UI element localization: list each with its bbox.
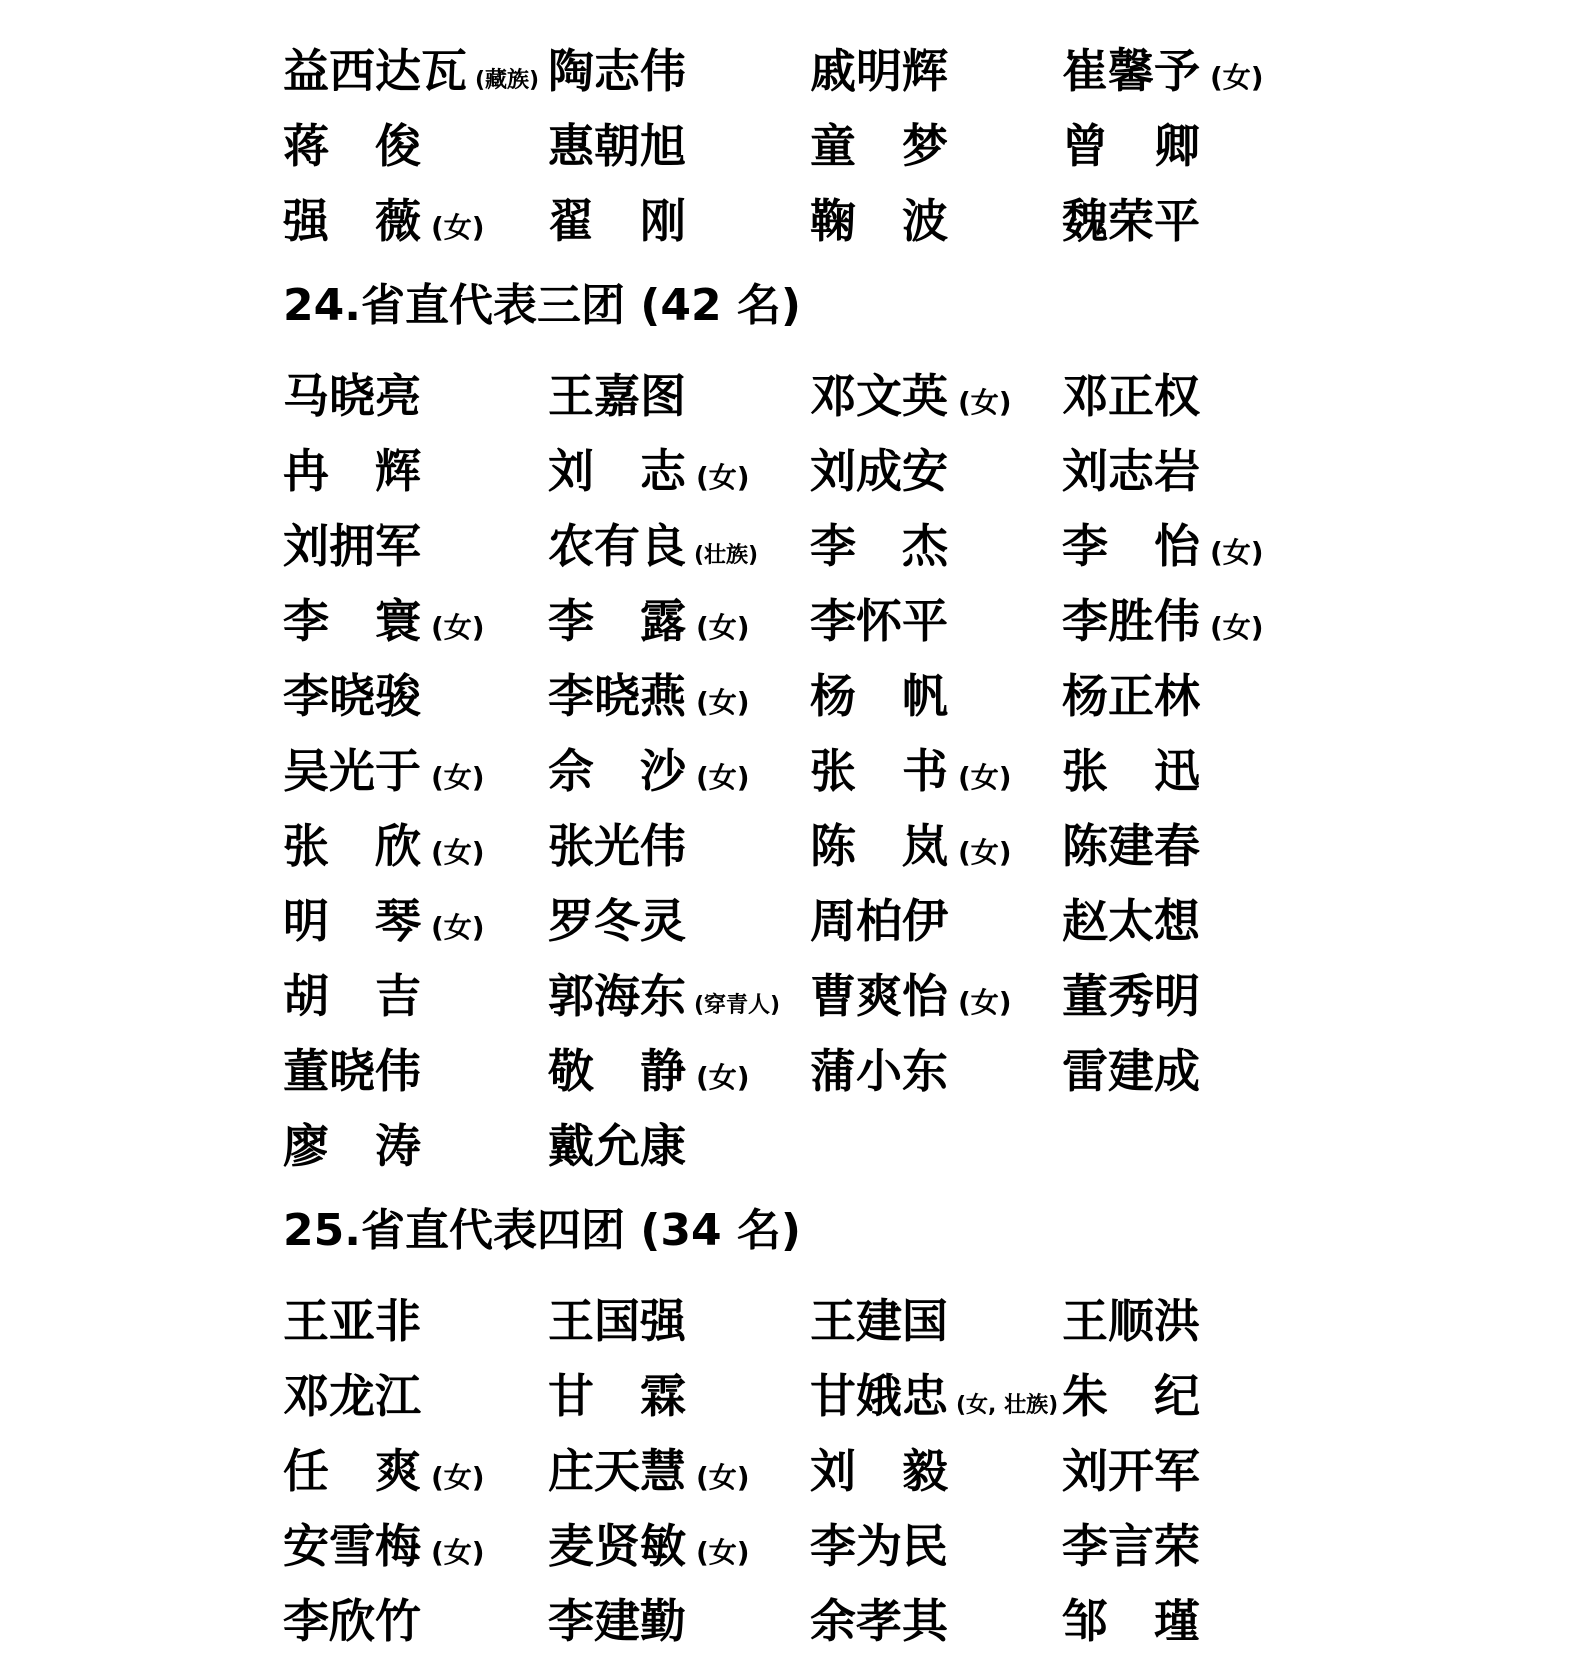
- delegate-entry: 马晓亮: [283, 373, 548, 419]
- table-row: 强 薇(女)翟 刚鞠 波魏荣平: [283, 183, 1583, 258]
- table-row: 李 寰(女)李 露(女)李怀平李胜伟(女): [283, 583, 1583, 658]
- delegate-name: 敬 静: [548, 1044, 686, 1098]
- delegate-entry: 鞠 波: [810, 198, 1062, 244]
- delegate-name: 张 书: [810, 744, 948, 798]
- delegate-entry: 陈 岚(女): [810, 823, 1062, 869]
- delegate-entry: 崔馨予(女): [1062, 48, 1328, 94]
- table-row: 李晓骏李晓燕(女)杨 帆杨正林: [283, 658, 1583, 733]
- delegate-name: 董秀明: [1062, 969, 1200, 1023]
- delegate-annotation: (女): [696, 1461, 750, 1494]
- delegate-name: 农有良: [548, 519, 686, 573]
- delegate-annotation: (女): [431, 1461, 485, 1494]
- delegate-entry: 佘 沙(女): [548, 748, 810, 794]
- delegate-name: 李晓骏: [283, 669, 421, 723]
- table-row: 马晓亮王嘉图邓文英(女)邓正权: [283, 358, 1583, 433]
- delegate-annotation: (藏族): [475, 68, 539, 93]
- table-row: 胡 吉郭海东(穿青人)曹爽怡(女)董秀明: [283, 958, 1583, 1033]
- delegate-entry: 李 怡(女): [1062, 523, 1328, 569]
- table-row: 廖 涛戴允康: [283, 1108, 1583, 1183]
- delegate-name: 甘 霖: [548, 1369, 686, 1423]
- delegate-entry: 董晓伟: [283, 1048, 548, 1094]
- delegate-entry: 张 书(女): [810, 748, 1062, 794]
- delegate-name: 王嘉图: [548, 369, 686, 423]
- delegate-name: 冉 辉: [283, 444, 421, 498]
- delegate-entry: 张 欣(女): [283, 823, 548, 869]
- delegate-entry: 麦贤敏(女): [548, 1523, 810, 1569]
- delegate-name: 李 杰: [810, 519, 948, 573]
- table-row: 任 爽(女)庄天慧(女)刘 毅刘开军: [283, 1433, 1583, 1508]
- delegate-name: 佘 沙: [548, 744, 686, 798]
- delegate-name: 杨正林: [1062, 669, 1200, 723]
- delegate-entry: 廖 涛: [283, 1123, 548, 1169]
- delegate-entry: 郭海东(穿青人): [548, 973, 810, 1019]
- delegate-name: 李晓燕: [548, 669, 686, 723]
- delegate-entry: 戚明辉: [810, 48, 1062, 94]
- delegate-name: 王国强: [548, 1294, 686, 1348]
- delegate-entry: 农有良(壮族): [548, 523, 810, 569]
- delegate-name: 邓文英: [810, 369, 948, 423]
- table-row: 安雪梅(女)麦贤敏(女)李为民李言荣: [283, 1508, 1583, 1583]
- delegate-name: 任 爽: [283, 1444, 421, 1498]
- delegate-annotation: (女): [1210, 536, 1264, 569]
- delegate-name: 甘娥忠: [810, 1369, 948, 1423]
- delegate-entry: 邓龙江: [283, 1373, 548, 1419]
- delegate-entry: 李为民: [810, 1523, 1062, 1569]
- delegate-name: 王顺洪: [1062, 1294, 1200, 1348]
- delegate-name: 吴光于: [283, 744, 421, 798]
- delegate-name: 罗冬灵: [548, 894, 686, 948]
- delegate-name: 邓龙江: [283, 1369, 421, 1423]
- delegate-name: 刘开军: [1062, 1444, 1200, 1498]
- delegate-annotation: (壮族): [694, 543, 758, 568]
- delegate-entry: 赵太想: [1062, 898, 1328, 944]
- delegate-name: 刘志岩: [1062, 444, 1200, 498]
- delegate-entry: 李 寰(女): [283, 598, 548, 644]
- table-row: 冉 辉刘 志(女)刘成安刘志岩: [283, 433, 1583, 508]
- delegate-entry: 李晓燕(女): [548, 673, 810, 719]
- delegate-entry: 李言荣: [1062, 1523, 1328, 1569]
- delegate-entry: 胡 吉: [283, 973, 548, 1019]
- section-header: 25.省直代表四团 (34 名): [283, 1193, 1583, 1268]
- delegate-name: 王建国: [810, 1294, 948, 1348]
- delegate-name: 周柏伊: [810, 894, 948, 948]
- delegate-entry: 王嘉图: [548, 373, 810, 419]
- delegate-entry: 强 薇(女): [283, 198, 548, 244]
- delegate-entry: 敬 静(女): [548, 1048, 810, 1094]
- delegate-name: 鞠 波: [810, 194, 948, 248]
- delegate-name: 杨 帆: [810, 669, 948, 723]
- delegate-name: 马晓亮: [283, 369, 421, 423]
- delegate-name: 魏荣平: [1062, 194, 1200, 248]
- delegate-annotation: (女): [958, 986, 1012, 1019]
- delegate-name: 李建勤: [548, 1594, 686, 1648]
- delegate-name: 陈 岚: [810, 819, 948, 873]
- delegate-name: 曹爽怡: [810, 969, 948, 1023]
- delegate-entry: 王顺洪: [1062, 1298, 1328, 1344]
- delegate-annotation: (女): [431, 1536, 485, 1569]
- delegate-name: 蒋 俊: [283, 119, 421, 173]
- delegate-entry: 董秀明: [1062, 973, 1328, 1019]
- delegate-annotation: (女): [431, 761, 485, 794]
- delegate-entry: 李建勤: [548, 1598, 810, 1644]
- delegate-name: 刘 毅: [810, 1444, 948, 1498]
- delegate-name: 雷建成: [1062, 1044, 1200, 1098]
- delegate-entry: 翟 刚: [548, 198, 810, 244]
- table-row: 刘拥军农有良(壮族)李 杰李 怡(女): [283, 508, 1583, 583]
- delegate-entry: 冉 辉: [283, 448, 548, 494]
- table-row: 益西达瓦(藏族)陶志伟戚明辉崔馨予(女): [283, 33, 1583, 108]
- delegate-entry: 李欣竹: [283, 1598, 548, 1644]
- delegate-annotation: (穿青人): [694, 993, 780, 1018]
- delegate-entry: 刘开军: [1062, 1448, 1328, 1494]
- delegate-entry: 甘 霖: [548, 1373, 810, 1419]
- section-header: 24.省直代表三团 (42 名): [283, 268, 1583, 343]
- delegate-entry: 余孝其: [810, 1598, 1062, 1644]
- table-row: 吴光于(女)佘 沙(女)张 书(女)张 迅: [283, 733, 1583, 808]
- table-row: 蒋 俊惠朝旭童 梦曾 卿: [283, 108, 1583, 183]
- delegate-name: 安雪梅: [283, 1519, 421, 1573]
- delegate-entry: 陶志伟: [548, 48, 810, 94]
- delegate-name: 强 薇: [283, 194, 421, 248]
- delegate-name: 崔馨予: [1062, 44, 1200, 98]
- delegate-entry: 刘 毅: [810, 1448, 1062, 1494]
- delegate-entry: 李胜伟(女): [1062, 598, 1328, 644]
- delegate-annotation: (女): [431, 911, 485, 944]
- delegate-name: 曾 卿: [1062, 119, 1200, 173]
- delegate-annotation: (女): [696, 686, 750, 719]
- delegate-entry: 邹 瑾: [1062, 1598, 1328, 1644]
- delegate-entry: 张光伟: [548, 823, 810, 869]
- delegate-entry: 李 露(女): [548, 598, 810, 644]
- delegate-name: 胡 吉: [283, 969, 421, 1023]
- delegate-entry: 蒲小东: [810, 1048, 1062, 1094]
- table-row: 王亚非王国强王建国王顺洪: [283, 1283, 1583, 1358]
- delegate-name: 廖 涛: [283, 1119, 421, 1173]
- delegate-entry: 曾 卿: [1062, 123, 1328, 169]
- delegate-entry: 刘拥军: [283, 523, 548, 569]
- table-row: 董晓伟敬 静(女)蒲小东雷建成: [283, 1033, 1583, 1108]
- delegate-entry: 陈建春: [1062, 823, 1328, 869]
- delegate-annotation: (女): [958, 836, 1012, 869]
- delegate-name: 李言荣: [1062, 1519, 1200, 1573]
- delegate-entry: 王亚非: [283, 1298, 548, 1344]
- delegate-name: 刘成安: [810, 444, 948, 498]
- delegate-annotation: (女): [696, 461, 750, 494]
- delegate-name: 李 怡: [1062, 519, 1200, 573]
- delegate-name: 戴允康: [548, 1119, 686, 1173]
- delegate-annotation: (女): [431, 836, 485, 869]
- delegate-name: 朱 纪: [1062, 1369, 1200, 1423]
- delegate-name: 王亚非: [283, 1294, 421, 1348]
- delegate-entry: 童 梦: [810, 123, 1062, 169]
- delegate-annotation: (女): [1210, 61, 1264, 94]
- delegate-entry: 王国强: [548, 1298, 810, 1344]
- delegate-entry: 戴允康: [548, 1123, 810, 1169]
- delegate-entry: 刘 志(女): [548, 448, 810, 494]
- delegate-name: 董晓伟: [283, 1044, 421, 1098]
- delegate-name: 明 琴: [283, 894, 421, 948]
- delegate-name: 李胜伟: [1062, 594, 1200, 648]
- delegate-name: 李 寰: [283, 594, 421, 648]
- delegate-name: 赵太想: [1062, 894, 1200, 948]
- delegate-entry: 吴光于(女): [283, 748, 548, 794]
- delegate-entry: 益西达瓦(藏族): [283, 48, 548, 94]
- delegate-entry: 甘娥忠(女, 壮族): [810, 1373, 1062, 1419]
- delegate-entry: 魏荣平: [1062, 198, 1328, 244]
- delegate-entry: 庄天慧(女): [548, 1448, 810, 1494]
- delegate-name: 惠朝旭: [548, 119, 686, 173]
- delegate-entry: 邓正权: [1062, 373, 1328, 419]
- table-row: 明 琴(女)罗冬灵周柏伊赵太想: [283, 883, 1583, 958]
- delegate-annotation: (女): [431, 611, 485, 644]
- delegate-annotation: (女): [431, 211, 485, 244]
- delegate-entry: 明 琴(女): [283, 898, 548, 944]
- delegate-entry: 任 爽(女): [283, 1448, 548, 1494]
- delegate-name: 翟 刚: [548, 194, 686, 248]
- delegate-entry: 曹爽怡(女): [810, 973, 1062, 1019]
- delegate-name: 陶志伟: [548, 44, 686, 98]
- delegate-name: 刘 志: [548, 444, 686, 498]
- delegate-entry: 安雪梅(女): [283, 1523, 548, 1569]
- delegate-name: 邓正权: [1062, 369, 1200, 423]
- delegate-entry: 王建国: [810, 1298, 1062, 1344]
- delegate-entry: 罗冬灵: [548, 898, 810, 944]
- delegate-entry: 邓文英(女): [810, 373, 1062, 419]
- table-row: 张 欣(女)张光伟陈 岚(女)陈建春: [283, 808, 1583, 883]
- delegate-entry: 刘志岩: [1062, 448, 1328, 494]
- delegate-name: 张光伟: [548, 819, 686, 873]
- delegate-annotation: (女): [696, 1536, 750, 1569]
- delegate-annotation: (女, 壮族): [956, 1393, 1058, 1418]
- delegate-name: 李欣竹: [283, 1594, 421, 1648]
- delegate-name: 郭海东: [548, 969, 686, 1023]
- document-page: 益西达瓦(藏族)陶志伟戚明辉崔馨予(女)蒋 俊惠朝旭童 梦曾 卿强 薇(女)翟 …: [0, 0, 1583, 1673]
- delegate-name: 余孝其: [810, 1594, 948, 1648]
- table-row: 邓龙江甘 霖甘娥忠(女, 壮族)朱 纪: [283, 1358, 1583, 1433]
- delegate-annotation: (女): [1210, 611, 1264, 644]
- delegate-entry: 杨 帆: [810, 673, 1062, 719]
- delegate-name: 李为民: [810, 1519, 948, 1573]
- delegate-name: 蒲小东: [810, 1044, 948, 1098]
- delegate-annotation: (女): [696, 761, 750, 794]
- delegate-entry: 周柏伊: [810, 898, 1062, 944]
- delegate-name: 李 露: [548, 594, 686, 648]
- delegate-name: 益西达瓦: [283, 44, 467, 98]
- delegate-entry: 李 杰: [810, 523, 1062, 569]
- delegate-name: 李怀平: [810, 594, 948, 648]
- delegate-entry: 李晓骏: [283, 673, 548, 719]
- delegate-name: 刘拥军: [283, 519, 421, 573]
- delegate-name: 童 梦: [810, 119, 948, 173]
- delegate-annotation: (女): [958, 761, 1012, 794]
- delegate-name: 邹 瑾: [1062, 1594, 1200, 1648]
- delegate-entry: 李怀平: [810, 598, 1062, 644]
- delegate-list: 益西达瓦(藏族)陶志伟戚明辉崔馨予(女)蒋 俊惠朝旭童 梦曾 卿强 薇(女)翟 …: [0, 0, 1583, 1658]
- delegate-name: 麦贤敏: [548, 1519, 686, 1573]
- delegate-name: 庄天慧: [548, 1444, 686, 1498]
- delegate-entry: 雷建成: [1062, 1048, 1328, 1094]
- delegate-entry: 惠朝旭: [548, 123, 810, 169]
- delegate-entry: 杨正林: [1062, 673, 1328, 719]
- table-row: 李欣竹李建勤余孝其邹 瑾: [283, 1583, 1583, 1658]
- delegate-name: 张 迅: [1062, 744, 1200, 798]
- delegate-entry: 刘成安: [810, 448, 1062, 494]
- delegate-name: 戚明辉: [810, 44, 948, 98]
- delegate-entry: 张 迅: [1062, 748, 1328, 794]
- delegate-annotation: (女): [958, 386, 1012, 419]
- delegate-entry: 蒋 俊: [283, 123, 548, 169]
- delegate-entry: 朱 纪: [1062, 1373, 1328, 1419]
- delegate-name: 张 欣: [283, 819, 421, 873]
- delegate-name: 陈建春: [1062, 819, 1200, 873]
- delegate-annotation: (女): [696, 611, 750, 644]
- delegate-annotation: (女): [696, 1061, 750, 1094]
